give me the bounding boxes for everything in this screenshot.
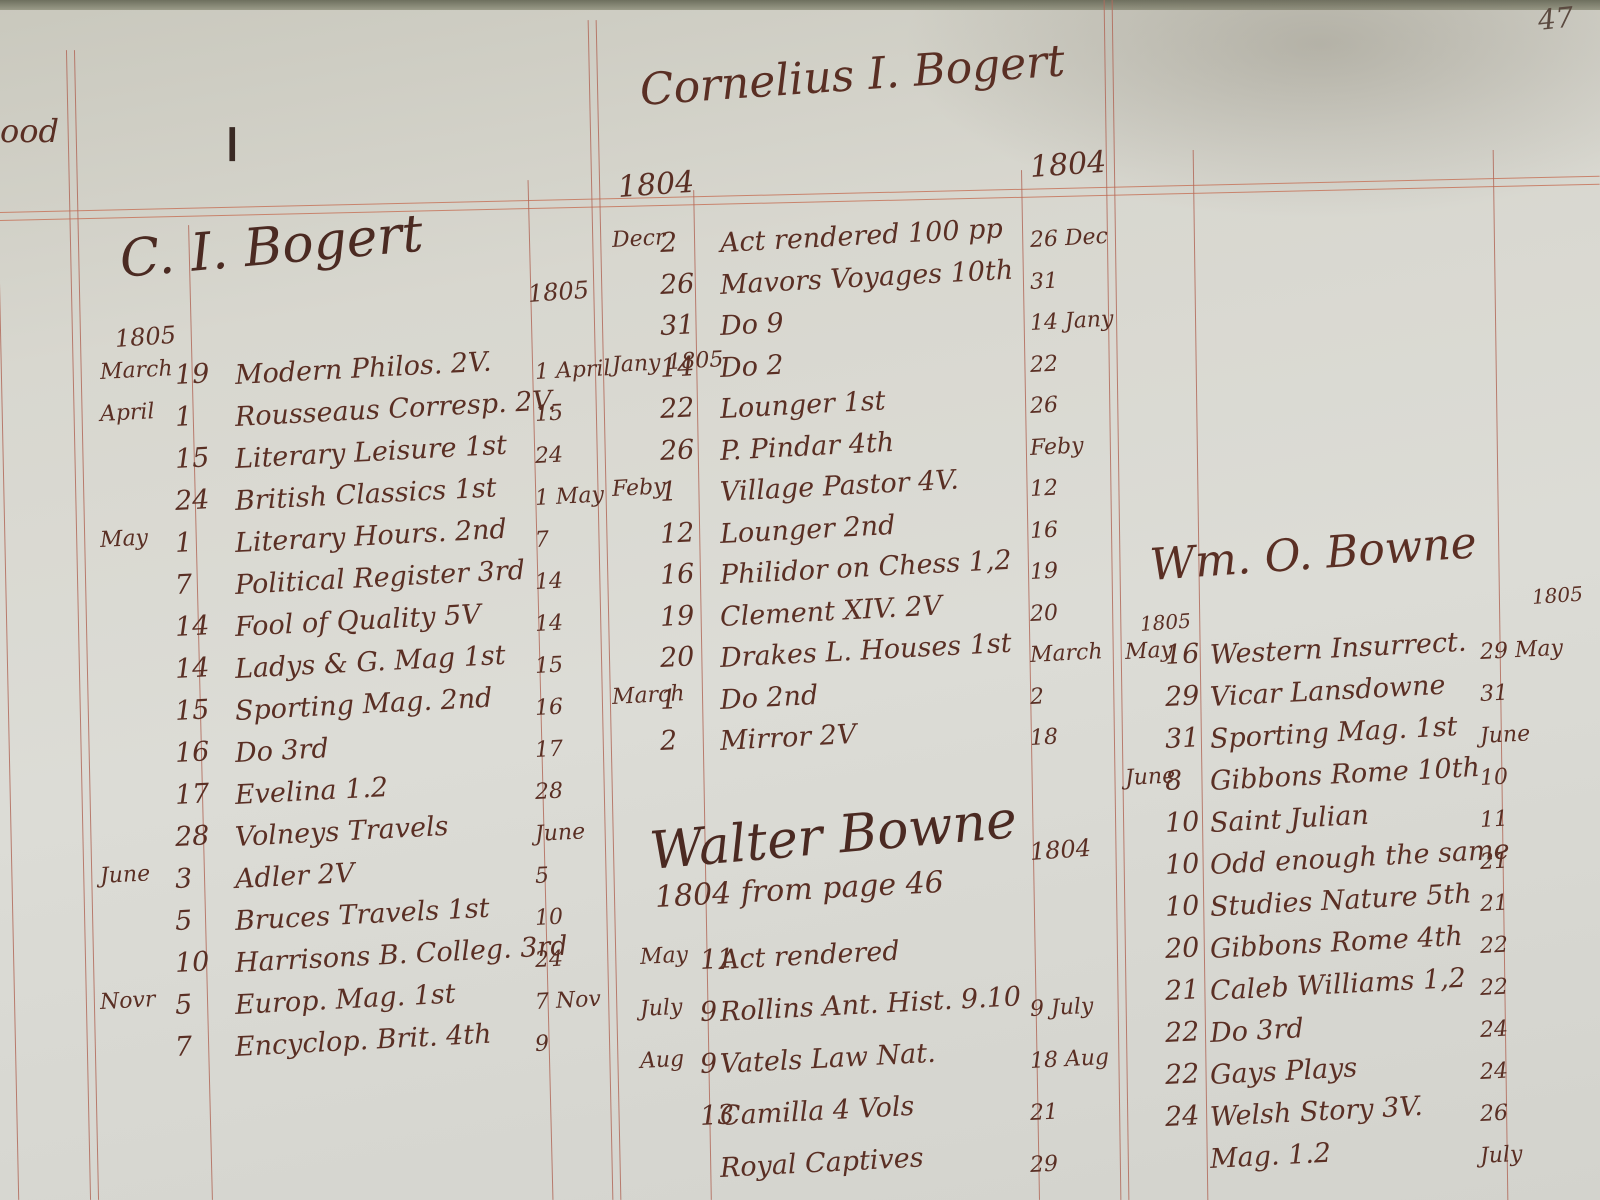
page-number: 47 (1536, 0, 1575, 37)
entry-title: Political Register 3rd (234, 555, 526, 601)
entry-day: 2 (659, 227, 678, 259)
entry-day: 3 (174, 863, 193, 895)
entry-returned: 24 (534, 947, 563, 973)
entry-day: 2 (659, 725, 678, 757)
entry-day: 10 (1164, 848, 1200, 881)
entry-returned: 7 Nov (534, 987, 601, 1015)
entry-title: Drakes L. Houses 1st (719, 628, 1012, 674)
entry-day: 26 (659, 268, 695, 301)
column-rule (0, 225, 19, 1200)
entry-returned: 20 (1029, 600, 1058, 626)
entry-returned: 1 April (534, 356, 611, 385)
entry-title: Lounger 1st (719, 385, 886, 425)
entry-day: 7 (174, 1031, 193, 1063)
entry-returned: 16 (1029, 517, 1058, 543)
entry-title: Act rendered (719, 936, 900, 976)
entry-day: 31 (659, 309, 695, 342)
entry-title: Bruces Travels 1st (234, 893, 490, 937)
entry-returned: 18 (1029, 725, 1058, 751)
entry-day: 21 (1164, 974, 1200, 1007)
entry-title: Mag. 1.2 (1209, 1138, 1332, 1175)
margin-fragment: ood (0, 112, 59, 150)
entry-returned: 11 (1479, 807, 1508, 833)
entry-month: Novr (99, 987, 156, 1015)
entry-title: Evelina 1.2 (234, 772, 389, 811)
entry-returned: 24 (1479, 1059, 1508, 1085)
entry-day: 14 (174, 652, 210, 685)
column-rule (1493, 150, 1509, 1200)
entry-title: Gays Plays (1209, 1052, 1358, 1091)
entry-day: 24 (174, 484, 210, 517)
entry-returned: 21 (1479, 891, 1508, 917)
entry-title: Adler 2V (234, 858, 355, 895)
year-in: 1805 (527, 276, 590, 308)
entry-title: Vicar Lansdowne (1209, 670, 1446, 713)
entry-day: 15 (174, 442, 210, 475)
entry-day: 29 (1164, 680, 1200, 713)
entry-returned: June (1479, 721, 1530, 749)
entry-title: Do 3rd (1209, 1013, 1304, 1049)
header-year-right: 1804 (1029, 145, 1108, 185)
entry-returned: 29 (1029, 1152, 1058, 1178)
entry-returned: 10 (534, 905, 563, 931)
entry-day: 10 (174, 946, 210, 979)
entry-title: Studies Nature 5th (1209, 878, 1472, 923)
entry-title: P. Pindar 4th (719, 426, 895, 466)
entry-returned: 14 Jany (1029, 307, 1114, 336)
entry-title: Caleb Williams 1,2 (1209, 963, 1466, 1007)
entry-returned: 7 (534, 527, 549, 553)
entry-month: April (99, 399, 155, 427)
entry-day: 10 (1164, 806, 1200, 839)
entry-returned: 17 (534, 737, 563, 763)
entry-day: 19 (174, 358, 210, 391)
entry-title: Camilla 4 Vols (719, 1091, 915, 1132)
year-out: 1805 (1139, 608, 1191, 635)
entry-title: Gibbons Rome 4th (1209, 921, 1463, 965)
entry-returned: 21 (1029, 1100, 1058, 1126)
entry-returned: 15 (534, 401, 563, 427)
entry-title: Clement XIV. 2V (719, 590, 943, 633)
entry-returned: 1 May (534, 482, 604, 511)
entry-returned: 15 (534, 653, 563, 679)
entry-day: 9 (699, 996, 718, 1028)
entry-day: 5 (174, 989, 193, 1021)
entry-title: Encyclop. Brit. 4th (234, 1019, 492, 1063)
entry-returned: 26 Dec (1029, 224, 1108, 253)
entry-month: Decr (611, 225, 666, 253)
entry-day: 9 (699, 1048, 718, 1080)
entry-title: Village Pastor 4V. (719, 465, 959, 508)
entry-returned: 2 (1029, 684, 1044, 710)
entry-returned: 16 (534, 695, 563, 721)
entry-day: 16 (174, 736, 210, 769)
entry-returned: 22 (1479, 975, 1508, 1001)
column-rule (588, 20, 614, 1200)
entry-title: Royal Captives (719, 1142, 924, 1184)
entry-returned: 9 July (1029, 994, 1094, 1022)
entry-title: Saint Julian (1209, 800, 1369, 839)
entry-returned: 26 (1479, 1101, 1508, 1127)
entry-title: Lounger 2nd (719, 509, 896, 549)
entry-title: Do 3rd (234, 733, 329, 769)
entry-day: 8 (1164, 765, 1183, 797)
entry-returned: 29 May (1479, 636, 1563, 665)
entry-day: 1 (174, 401, 193, 433)
entry-month: June (99, 861, 150, 889)
entry-returned: 14 (534, 611, 563, 637)
entry-day: 5 (174, 905, 193, 937)
entry-title: Act rendered 100 pp (719, 213, 1003, 259)
entry-day: 10 (1164, 890, 1200, 923)
entry-day: 1 (174, 527, 193, 559)
entry-title: Do 2 (719, 349, 784, 383)
entry-month: May (639, 943, 688, 970)
entry-returned: 22 (1029, 351, 1058, 377)
entry-returned: 9 (534, 1031, 549, 1057)
entry-day: 22 (1164, 1058, 1200, 1091)
entry-day: 16 (1164, 638, 1200, 671)
entry-day: 1 (659, 476, 678, 508)
entry-title: Welsh Story 3V. (1209, 1091, 1423, 1133)
entry-returned: March (1029, 639, 1103, 668)
entry-title: Literary Hours. 2nd (234, 514, 507, 559)
entry-title: Mirror 2V (719, 719, 857, 757)
entry-title: Philidor on Chess 1,2 (719, 545, 1012, 591)
entry-day: 15 (174, 694, 210, 727)
entry-returned: 5 (534, 863, 549, 889)
entry-day: 12 (659, 517, 695, 550)
entry-returned: 10 (1479, 765, 1508, 791)
entry-title: Rollins Ant. Hist. 9.10 (719, 981, 1022, 1028)
entry-month: May (99, 526, 148, 553)
entry-returned: 21 (1479, 849, 1508, 875)
entry-day: 26 (659, 434, 695, 467)
entry-returned: 12 (1029, 476, 1058, 502)
entry-day: 20 (1164, 932, 1200, 965)
entry-title: Rousseaus Corresp. 2V. (234, 385, 556, 433)
entry-month: Feby (611, 474, 666, 502)
entry-day: 22 (1164, 1016, 1200, 1049)
entry-month: July (639, 995, 683, 1022)
entry-day: 17 (174, 778, 210, 811)
entry-day: 20 (659, 641, 695, 674)
entry-day: 1 (659, 684, 678, 716)
header-year-left: 1804 (617, 165, 696, 205)
entry-returned: Feby (1029, 433, 1084, 461)
entry-day: 14 (659, 351, 695, 384)
entry-month: March (99, 356, 173, 385)
entry-returned: 24 (1479, 1017, 1508, 1043)
year-in: 1804 (1029, 834, 1092, 866)
entry-returned: 31 (1479, 681, 1508, 707)
entry-day: 28 (174, 820, 210, 853)
entry-title: Modern Philos. 2V. (234, 347, 492, 391)
entry-returned: 31 (1029, 268, 1058, 294)
entry-title: Vatels Law Nat. (719, 1038, 936, 1080)
entry-returned: 22 (1479, 933, 1508, 959)
entry-day: 24 (1164, 1100, 1200, 1133)
entry-day: 7 (174, 569, 193, 601)
entry-day: 14 (174, 610, 210, 643)
entry-returned: June (534, 819, 585, 847)
entry-day: 31 (1164, 722, 1200, 755)
entry-title: Mavors Voyages 10th (719, 254, 1014, 300)
year-out: 1805 (114, 321, 177, 353)
entry-day: 19 (659, 600, 695, 633)
entry-title: Sporting Mag. 1st (1209, 711, 1458, 755)
entry-returned: 18 Aug (1029, 1045, 1109, 1074)
entry-returned: July (1479, 1142, 1523, 1169)
year-in: 1805 (1531, 581, 1583, 608)
entry-returned: 14 (534, 569, 563, 595)
entry-title: Do 2nd (719, 679, 819, 715)
entry-title: Literary Leisure 1st (234, 430, 508, 475)
entry-title: Sporting Mag. 2nd (234, 683, 493, 727)
entry-day: 16 (659, 558, 695, 591)
entry-returned: 28 (534, 779, 563, 805)
entry-returned: 19 (1029, 559, 1058, 585)
entry-title: Ladys & G. Mag 1st (234, 640, 506, 685)
entry-title: Harrisons B. Colleg. 3rd (234, 931, 568, 979)
entry-title: Western Insurrect. (1209, 627, 1467, 671)
entry-title: Gibbons Rome 10th (1209, 752, 1480, 797)
entry-title: Fool of Quality 5V (234, 599, 481, 643)
entry-title: British Classics 1st (234, 472, 497, 517)
ink-blot: ❙ (218, 122, 247, 162)
entry-title: Europ. Mag. 1st (234, 978, 456, 1021)
entry-returned: 26 (1029, 393, 1058, 419)
entry-month: Aug (639, 1047, 684, 1074)
entry-title: Do 9 (719, 308, 784, 342)
entry-title: Volneys Travels (234, 811, 449, 853)
entry-title: Odd enough the same (1209, 834, 1510, 881)
entry-day: 22 (659, 392, 695, 425)
entry-returned: 24 (534, 443, 563, 469)
